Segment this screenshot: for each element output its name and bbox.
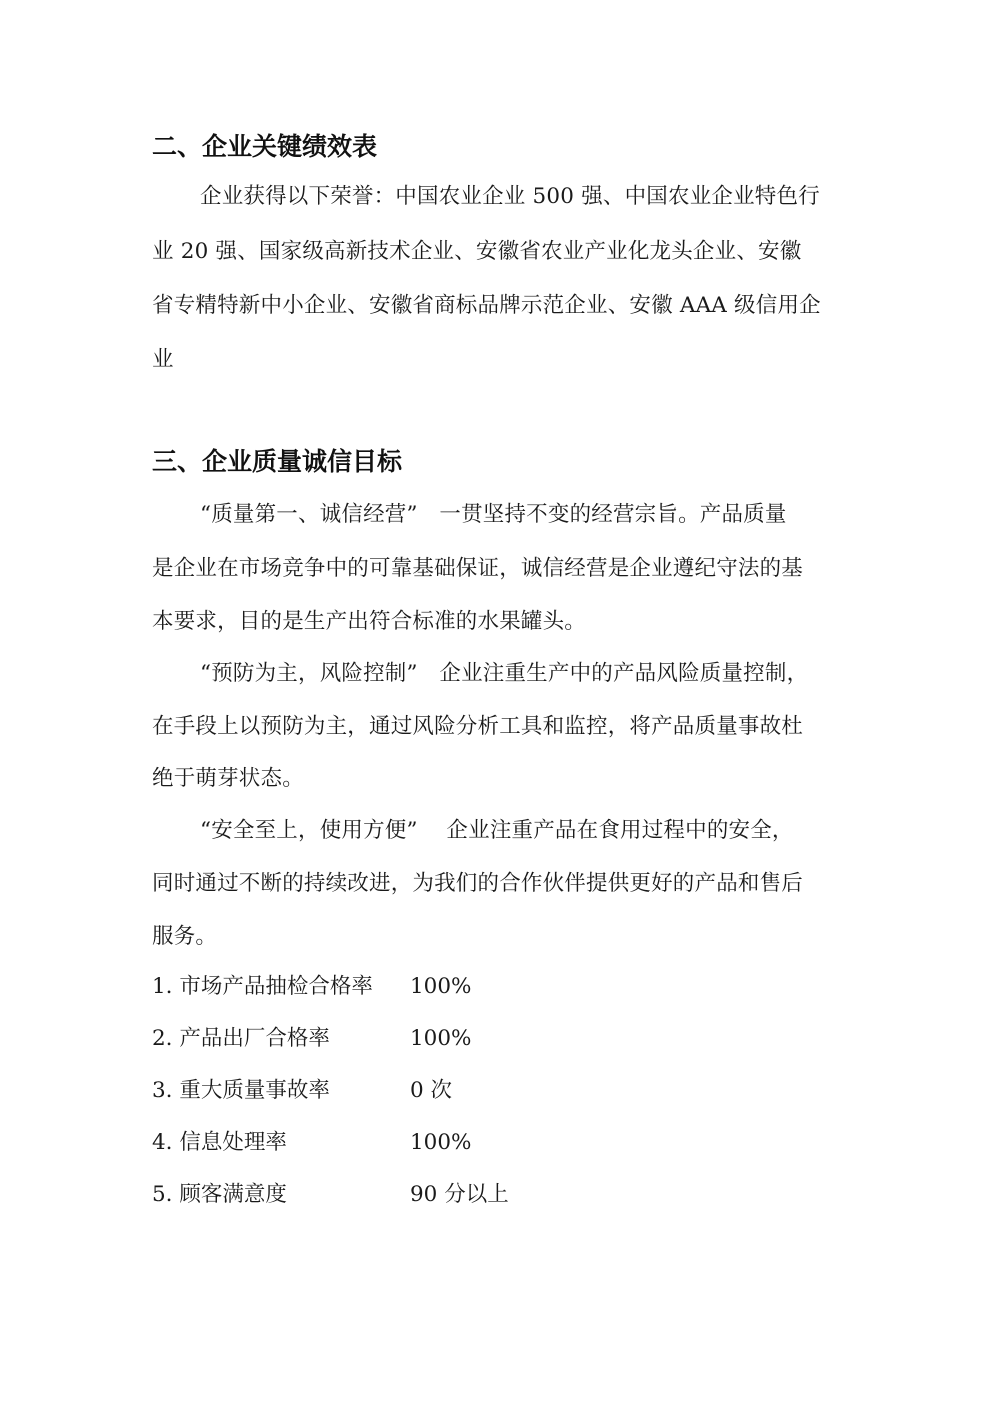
target-value: 100% xyxy=(410,1128,471,1158)
paragraph-line: 企业获得以下荣誉：中国农业企业 500 强、中国农业企业特色行 xyxy=(200,182,820,212)
target-label: 1. 市场产品抽检合格率 xyxy=(152,974,373,999)
target-value: 90 分以上 xyxy=(410,1180,509,1210)
target-row: 5. 顾客满意度 90 分以上 xyxy=(152,1180,287,1210)
paragraph-line: 省专精特新中小企业、安徽省商标品牌示范企业、安徽 AAA 级信用企 xyxy=(152,291,821,321)
target-label: 4. 信息处理率 xyxy=(152,1130,287,1155)
target-row: 4. 信息处理率 100% xyxy=(152,1128,287,1158)
target-label: 2. 产品出厂合格率 xyxy=(152,1026,330,1051)
paragraph-line: 业 xyxy=(152,345,174,375)
section-heading-kpi: 二、企业关键绩效表 xyxy=(152,132,377,162)
target-row: 2. 产品出厂合格率 100% xyxy=(152,1024,330,1054)
paragraph-line: 服务。 xyxy=(152,922,217,952)
paragraph-line: “安全至上，使用方便” 企业注重产品在食用过程中的安全， xyxy=(200,816,794,846)
paragraph-line: “质量第一、诚信经营” 一贯坚持不变的经营宗旨。产品质量 xyxy=(200,500,787,530)
section-heading-quality: 三、企业质量诚信目标 xyxy=(152,447,402,477)
target-row: 1. 市场产品抽检合格率 100% xyxy=(152,972,373,1002)
paragraph-line: 在手段上以预防为主，通过风险分析工具和监控，将产品质量事故杜 xyxy=(152,712,803,742)
paragraph-line: 业 20 强、国家级高新技术企业、安徽省农业产业化龙头企业、安徽 xyxy=(152,237,801,267)
paragraph-line: 是企业在市场竞争中的可靠基础保证，诚信经营是企业遵纪守法的基 xyxy=(152,554,803,584)
target-value: 100% xyxy=(410,972,471,1002)
paragraph-line: 本要求，目的是生产出符合标准的水果罐头。 xyxy=(152,607,586,637)
target-value: 0 次 xyxy=(410,1076,452,1106)
target-value: 100% xyxy=(410,1024,471,1054)
target-label: 3. 重大质量事故率 xyxy=(152,1078,330,1103)
paragraph-line: 同时通过不断的持续改进，为我们的合作伙伴提供更好的产品和售后 xyxy=(152,869,803,899)
paragraph-line: 绝于萌芽状态。 xyxy=(152,764,304,794)
target-row: 3. 重大质量事故率 0 次 xyxy=(152,1076,330,1106)
target-label: 5. 顾客满意度 xyxy=(152,1182,287,1207)
paragraph-line: “预防为主，风险控制” 企业注重生产中的产品风险质量控制， xyxy=(200,659,808,689)
